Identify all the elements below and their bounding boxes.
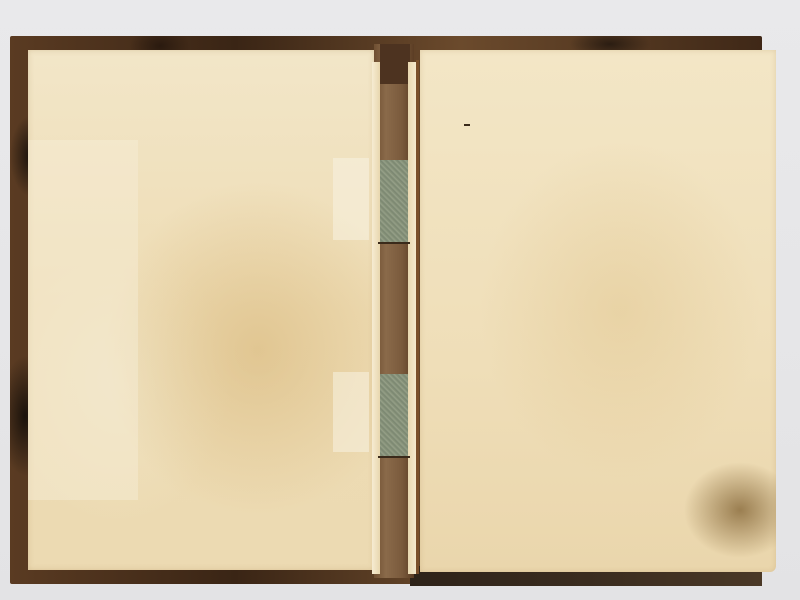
paper-light-area — [28, 140, 138, 500]
paper-patch — [333, 372, 369, 452]
paper-patch — [333, 158, 369, 240]
spine-hinge-right — [408, 62, 416, 574]
upper-tape — [380, 160, 408, 242]
spine-joint-line — [416, 60, 419, 574]
spine-headcap — [380, 44, 410, 84]
photo-scene: Open empty book cover showing two aged b… — [0, 0, 800, 600]
spine-hinge-left — [372, 62, 380, 574]
tape-edge — [378, 242, 410, 244]
lower-tape — [380, 374, 408, 456]
ink-mark — [464, 124, 470, 126]
right-endpaper — [420, 50, 776, 572]
left-endpaper — [28, 50, 374, 570]
tape-edge — [378, 456, 410, 458]
